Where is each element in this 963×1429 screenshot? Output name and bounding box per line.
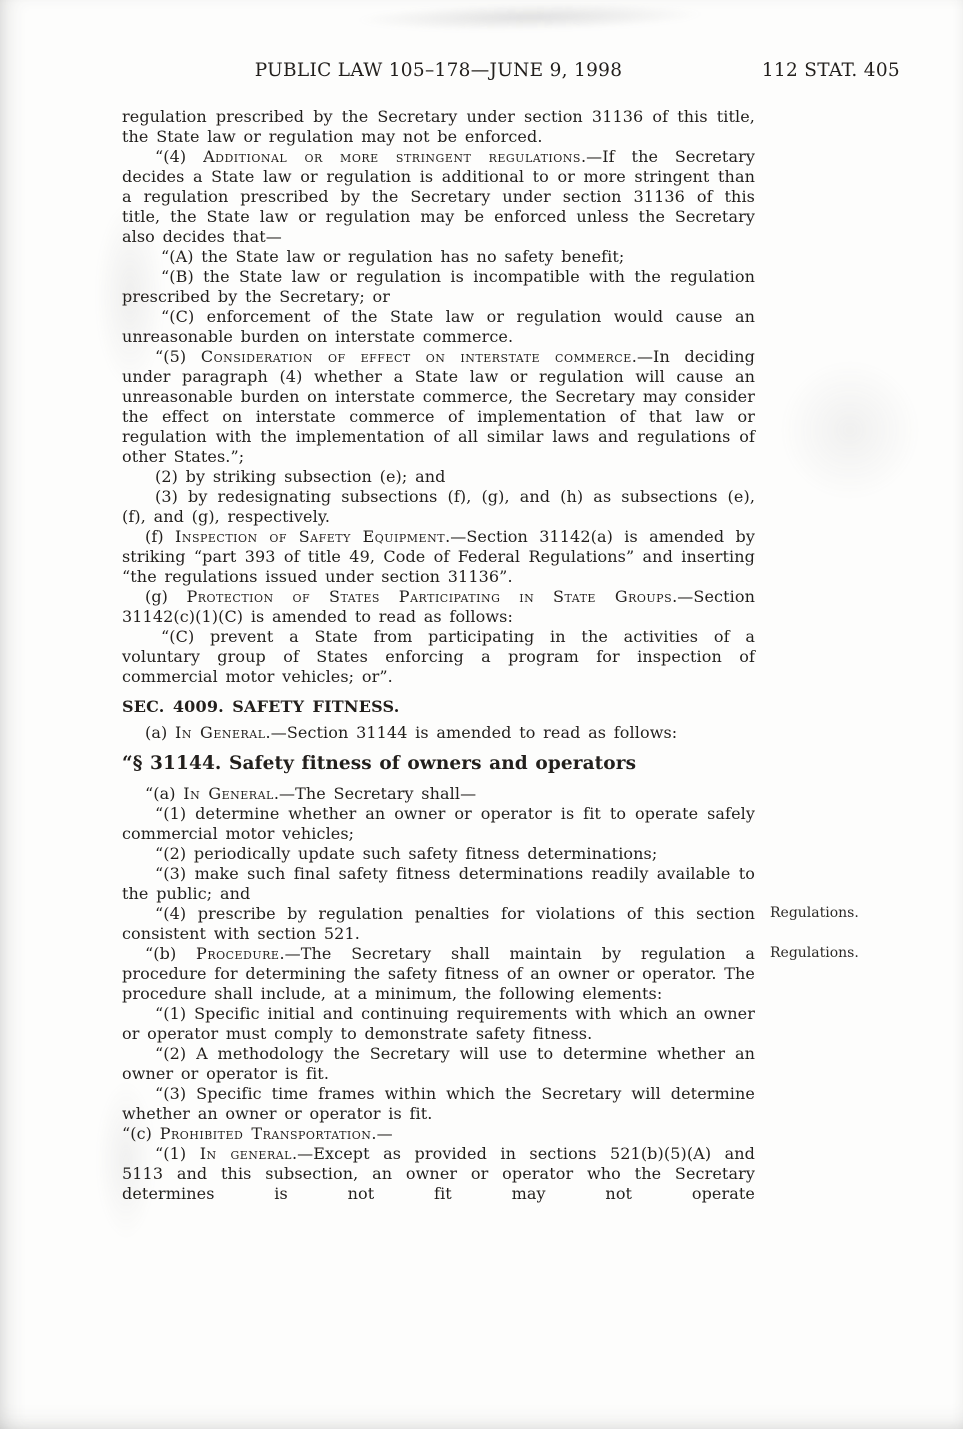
paragraph: (2) by striking subsection (e); and (122, 467, 755, 487)
text-run: (g) (145, 587, 186, 606)
text-run: (a) (145, 723, 175, 742)
text-run: “(c) (122, 1124, 160, 1143)
paragraph: “(2) A methodology the Secretary will us… (122, 1044, 755, 1084)
paragraph: “(A) the State law or regulation has no … (122, 247, 755, 267)
running-head-stat-page: 112 STAT. 405 (762, 60, 900, 81)
text-run: “(C) enforcement of the State law or reg… (122, 307, 755, 346)
paragraph: (a) In General.—Section 31144 is amended… (122, 723, 755, 743)
text-run: “(A) the State law or regulation has no … (161, 247, 624, 266)
text-run: “(B) the State law or regulation is inco… (122, 267, 755, 306)
text-run: “(2) periodically update such safety fit… (155, 844, 657, 863)
document-body: regulation prescribed by the Secretary u… (122, 107, 755, 1204)
paragraph: (3) by redesignating subsections (f), (g… (122, 487, 755, 527)
paragraph: “(a) In General.—The Secretary shall— (122, 784, 755, 804)
text-run: “(b) (145, 944, 196, 963)
page-header: PUBLIC LAW 105–178—JUNE 9, 1998 112 STAT… (122, 60, 900, 84)
text-run: “(a) (145, 784, 183, 803)
small-caps-run: Additional or more stringent regulations (203, 147, 581, 166)
paragraph: “(1) In general.—Except as provided in s… (122, 1144, 755, 1204)
text-run: “(2) A methodology the Secretary will us… (122, 1044, 755, 1083)
text-run: (3) by redesignating subsections (f), (g… (122, 487, 755, 526)
small-caps-run: In General (175, 723, 266, 742)
paragraph: regulation prescribed by the Secretary u… (122, 107, 755, 147)
section-heading: SEC. 4009. SAFETY FITNESS. (122, 697, 755, 717)
scan-bleedthrough-right (780, 360, 920, 500)
paragraph: “(3) Specific time frames within which t… (122, 1084, 755, 1124)
text-run: “(1) determine whether an owner or opera… (122, 804, 755, 843)
text-run: “(C) prevent a State from participating … (122, 627, 755, 686)
paragraph: “(C) enforcement of the State law or reg… (122, 307, 755, 347)
paragraph: “(2) periodically update such safety fit… (122, 844, 755, 864)
text-run: (f) (145, 527, 175, 546)
paragraph: “(4) Additional or more stringent regula… (122, 147, 755, 247)
paragraph: (g) Protection of States Participating i… (122, 587, 755, 627)
scan-smudge-top (360, 1, 700, 33)
paragraph: “(b) Procedure.—The Secretary shall main… (122, 944, 755, 1004)
text-run: “(5) (155, 347, 201, 366)
margin-note: Regulations. (770, 905, 859, 921)
small-caps-run: Protection of States Participating in St… (186, 587, 672, 606)
running-head-law-title: PUBLIC LAW 105–178—JUNE 9, 1998 (122, 60, 755, 81)
paragraph: “(1) determine whether an owner or opera… (122, 804, 755, 844)
statute-page: PUBLIC LAW 105–178—JUNE 9, 1998 112 STAT… (0, 0, 963, 1429)
small-caps-run: Procedure (196, 944, 279, 963)
text-run: (2) by striking subsection (e); and (155, 467, 445, 486)
usc-section-heading: “§ 31144. Safety fitness of owners and o… (122, 752, 755, 776)
text-run: “(4) prescribe by regulation penalties f… (122, 904, 755, 943)
small-caps-run: Prohibited Transportation (160, 1124, 372, 1143)
text-run: regulation prescribed by the Secretary u… (122, 107, 755, 146)
text-run: “(3) make such final safety fitness dete… (122, 864, 755, 903)
small-caps-run: Consideration of effect on interstate co… (201, 347, 632, 366)
small-caps-run: In General (183, 784, 274, 803)
text-run: .—The Secretary shall— (274, 784, 476, 803)
text-run: “(1) Specific initial and continuing req… (122, 1004, 755, 1043)
paragraph: “(B) the State law or regulation is inco… (122, 267, 755, 307)
margin-note: Regulations. (770, 945, 859, 961)
small-caps-run: Inspection of Safety Equipment (175, 527, 445, 546)
paragraph: “(c) Prohibited Transportation.— (122, 1124, 755, 1144)
paragraph: “(3) make such final safety fitness dete… (122, 864, 755, 904)
text-run: “(3) Specific time frames within which t… (122, 1084, 755, 1123)
text-run: .—Section 31144 is amended to read as fo… (266, 723, 678, 742)
text-run: “(4) (155, 147, 203, 166)
text-run: .— (371, 1124, 392, 1143)
paragraph: “(4) prescribe by regulation penalties f… (122, 904, 755, 944)
small-caps-run: In general (200, 1144, 292, 1163)
paragraph: (f) Inspection of Safety Equipment.—Sect… (122, 527, 755, 587)
paragraph: “(1) Specific initial and continuing req… (122, 1004, 755, 1044)
paragraph: “(C) prevent a State from participating … (122, 627, 755, 687)
text-run: “(1) (155, 1144, 200, 1163)
paragraph: “(5) Consideration of effect on intersta… (122, 347, 755, 467)
